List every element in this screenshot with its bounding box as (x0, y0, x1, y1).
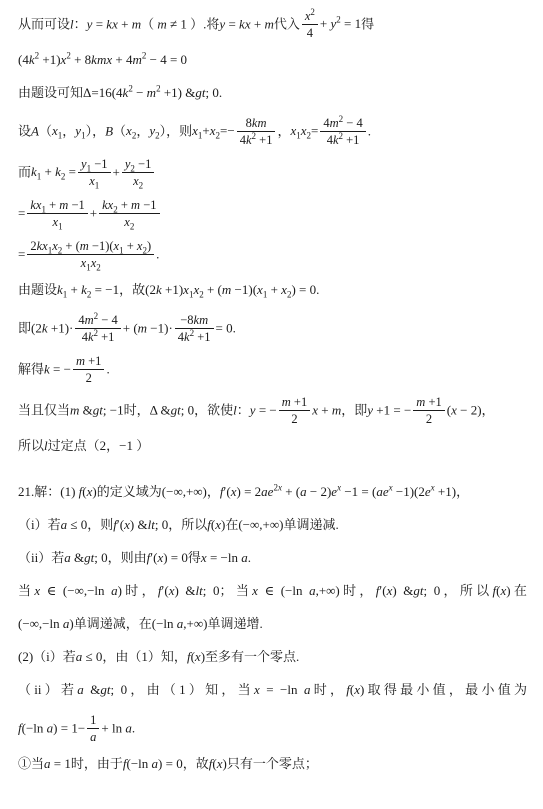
text-run: ，故 (119, 282, 145, 297)
fraction: 1a (87, 712, 99, 745)
document-body: 从而可设l：y = kx + m（ m ≠ 1 ）.将y = kx + m代入x… (18, 9, 527, 774)
doc-line-6: =kx1 + m −1x1+kx2 + m −1x2 (18, 198, 527, 231)
math-run: f(x) (493, 583, 511, 598)
fraction-numerator: m +1 (413, 394, 444, 410)
math-run: f(−ln a) = 1− (18, 720, 85, 735)
text-run: 由题设 (18, 282, 57, 297)
math-run: f′(x) = 0 (147, 550, 188, 565)
text-run: ，所以 (440, 583, 492, 598)
fraction-denominator: 4k2 +1 (237, 131, 276, 148)
fraction-denominator: 2 (73, 369, 104, 386)
fraction: m +12 (413, 394, 444, 427)
math-run: x ∈ (−ln a,+∞) (252, 583, 340, 598)
fraction-numerator: 4m2 − 4 (75, 312, 120, 328)
math-run: a ≤ 0 (61, 517, 88, 532)
text-run: 即 (18, 320, 31, 335)
doc-line-8: 由题设k1 + k2 = −1，故(2k +1)x1x2 + (m −1)(x1… (18, 280, 527, 300)
text-run: ） (133, 438, 149, 453)
math-run: m &gt; −1 (70, 402, 124, 417)
text-run: ，即 (341, 402, 367, 417)
text-run: ）， (86, 123, 106, 138)
math-run: y = − (250, 402, 277, 417)
fraction-denominator: 2 (413, 410, 444, 427)
doc-line-1: 从而可设l：y = kx + m（ m ≠ 1 ）.将y = kx + m代入x… (18, 9, 527, 42)
math-run: k1 + k2 = −1 (57, 282, 119, 297)
math-run: (4k2 +1)x2 + 8kmx + 4m2 − 4 = 0 (18, 52, 187, 67)
text-run: . (132, 720, 135, 735)
fraction: 4m2 − 44k2 +1 (75, 312, 120, 345)
fraction: x24 (302, 8, 318, 41)
text-run: ，欲使 (194, 402, 233, 417)
fraction-numerator: y2 −1 (122, 156, 155, 172)
math-run: x1x2= (290, 123, 318, 138)
text-run: . (106, 361, 109, 376)
math-run: (−∞,+∞) (162, 484, 207, 499)
doc-line-15: （ii）若a &gt; 0，则由f′(x) = 0得x = −ln a. (18, 548, 527, 568)
math-run: y = kx + m (87, 16, 141, 31)
math-run: (−ln a,+∞) (152, 616, 208, 631)
fraction-numerator: y1 −1 (78, 156, 111, 172)
math-run: y1 (75, 123, 85, 138)
math-run: f(x) (79, 484, 97, 499)
fraction-numerator: m +1 (279, 394, 310, 410)
doc-line-4: 设A（x1，y1），B（x2，y2），则x1+x2=−8km4k2 +1，x1x… (18, 116, 527, 149)
fraction: m +12 (73, 353, 104, 386)
text-run: ）. (187, 16, 207, 31)
math-run: −1 (119, 438, 133, 453)
text-run: 时， (124, 402, 150, 417)
math-run: f(−ln a) = 0 (123, 756, 183, 771)
fraction-denominator: x1 (27, 213, 87, 230)
text-run: . (248, 550, 251, 565)
math-run: = (18, 246, 25, 261)
text-run: ；当 (220, 583, 253, 598)
text-run: 单调递增. (207, 616, 262, 631)
math-run: m ≠ 1 (157, 16, 187, 31)
text-run: （ (39, 123, 52, 138)
fraction: 2kx1x2 + (m −1)(x1 + x2)x1x2 (27, 238, 154, 271)
text-run: （ii）若 (18, 550, 64, 565)
doc-line-16: 当x ∈ (−∞,−ln a)时，f′(x) &lt; 0；当x ∈ (−ln … (18, 581, 527, 601)
math-run: (2k +1)· (31, 320, 73, 335)
text-run: . (219, 85, 222, 100)
text-run: ： (237, 402, 250, 417)
doc-line-14: （i）若a ≤ 0，则f′(x) &lt; 0，所以f(x)在(−∞,+∞)单调… (18, 515, 527, 535)
text-run: 至多有一个零点. (205, 649, 299, 664)
math-run: a = 1 (44, 756, 71, 771)
text-run: 而 (18, 164, 31, 179)
fraction-denominator: a (87, 728, 99, 745)
fraction: −8km4k2 +1 (175, 312, 214, 345)
doc-line-3: 由题设可知Δ=16(4k2 − m2 +1) &gt; 0. (18, 83, 527, 103)
doc-line-12: 所以l过定点（2，−1 ） (18, 436, 527, 456)
fraction-numerator: kx2 + m −1 (99, 197, 159, 213)
text-run: ，由（1）知， (102, 649, 187, 664)
math-run: (−∞,+∞) (238, 517, 283, 532)
fraction-denominator: x2 (122, 172, 155, 189)
math-run: f(x) (207, 517, 225, 532)
math-run: f(x) (209, 756, 227, 771)
text-run: ： (74, 16, 87, 31)
text-run: ， (62, 123, 75, 138)
fraction: m +12 (279, 394, 310, 427)
fraction: 8km4k2 +1 (237, 115, 276, 148)
fraction-denominator: x1x2 (27, 254, 154, 271)
math-run: + (m −1)· (123, 320, 173, 335)
math-run: x1 (52, 123, 62, 138)
math-run: + (113, 164, 120, 179)
fraction-denominator: 4k2 +1 (75, 328, 120, 345)
math-run: y = kx + m (219, 16, 273, 31)
text-run: (2)（i）若 (18, 649, 76, 664)
text-run: 时， (122, 583, 158, 598)
text-run: ，故 (183, 756, 209, 771)
text-run: 从而可设 (18, 16, 70, 31)
text-run: ， (207, 484, 220, 499)
math-run: (x − 2) (447, 402, 482, 417)
text-run: ，则 (87, 517, 113, 532)
text-run: （i）若 (18, 517, 61, 532)
math-run: = (18, 205, 25, 220)
fraction: kx2 + m −1x2 (99, 197, 159, 230)
doc-line-5: 而k1 + k2 =y1 −1x1+y2 −1x2 (18, 157, 527, 190)
math-run: k = − (44, 361, 71, 376)
text-run: （ (141, 16, 157, 31)
text-run: 由题设可知 (18, 85, 83, 100)
text-run: ， (456, 484, 469, 499)
text-run: ， (482, 402, 495, 417)
text-run: ），则 (160, 123, 193, 138)
math-run: + y2 = 1 (320, 16, 361, 31)
math-run: f′(x) &gt; 0 (376, 583, 440, 598)
text-run: （ (113, 123, 126, 138)
doc-line-21: ①当a = 1时，由于f(−ln a) = 0，故f(x)只有一个零点； (18, 754, 527, 774)
text-run: （ii）若 (18, 682, 77, 697)
fraction-numerator: kx1 + m −1 (27, 197, 87, 213)
text-run: ， (106, 438, 119, 453)
math-run: (−∞,−ln a) (18, 616, 74, 631)
text-run: 解得 (18, 361, 44, 376)
doc-line-20: f(−ln a) = 1−1a+ ln a. (18, 713, 527, 746)
doc-line-17: (−∞,−ln a)单调递减，在(−ln a,+∞)单调递增. (18, 614, 527, 634)
fraction-denominator: 4 (302, 24, 318, 41)
math-run: a &gt; 0 (64, 550, 107, 565)
fraction-denominator: 4k2 +1 (175, 328, 214, 345)
text-run: 当且仅当 (18, 402, 70, 417)
text-run: ，则由 (108, 550, 147, 565)
math-run: a &gt; 0 (77, 682, 127, 697)
math-run: A (31, 123, 39, 138)
text-run: 的定义域为 (97, 484, 162, 499)
doc-line-2: (4k2 +1)x2 + 8kmx + 4m2 − 4 = 0 (18, 50, 527, 70)
fraction: 4m2 − 44k2 +1 (320, 115, 365, 148)
text-run: 时，由于 (71, 756, 123, 771)
doc-line-7: =2kx1x2 + (m −1)(x1 + x2)x1x2. (18, 239, 527, 272)
text-run: 当 (18, 583, 34, 598)
text-run: 只有一个零点； (227, 756, 318, 771)
math-run: f′(x) &lt; 0 (113, 517, 168, 532)
text-run: ①当 (18, 756, 44, 771)
fraction-numerator: m +1 (73, 353, 104, 369)
fraction: y2 −1x2 (122, 156, 155, 189)
math-run: f′(x) = 2ae2x + (a − 2)ex −1 = (aex −1)(… (220, 484, 456, 499)
text-run: 设 (18, 123, 31, 138)
text-run: 在 (511, 583, 527, 598)
text-run: 时， (340, 583, 376, 598)
math-run: Δ=16(4k2 − m2 +1) &gt; 0 (83, 85, 219, 100)
fraction-numerator: 2kx1x2 + (m −1)(x1 + x2) (27, 238, 154, 254)
text-run: 取得最小值，最小值为 (364, 682, 527, 697)
math-run: B (105, 123, 113, 138)
math-run: f′(x) &lt; 0 (158, 583, 220, 598)
math-run: + (90, 205, 97, 220)
text-run: 代入 (274, 16, 300, 31)
doc-line-10: 解得k = −m +12. (18, 354, 527, 387)
text-run: . (316, 282, 319, 297)
text-run: 单调递减，在 (74, 616, 152, 631)
fraction-denominator: x1 (78, 172, 111, 189)
math-run: y +1 = − (367, 402, 411, 417)
text-run: 21.解：(1) (18, 484, 79, 499)
fraction-numerator: 8km (237, 115, 276, 131)
fraction-numerator: 4m2 − 4 (320, 115, 365, 131)
math-run: x = −ln a (201, 550, 248, 565)
text-run: . (368, 123, 371, 138)
text-run: 单调递减. (283, 517, 338, 532)
text-run: 得 (361, 16, 374, 31)
math-run: k1 + k2 = (31, 164, 76, 179)
text-run: 过定点（ (48, 438, 100, 453)
math-run: x + m (312, 402, 341, 417)
fraction-numerator: −8km (175, 312, 214, 328)
doc-line-19: （ii）若a &gt; 0，由（1）知，当x = −ln a时，f(x)取得最小… (18, 680, 527, 700)
fraction-denominator: x2 (99, 213, 159, 230)
text-run: 时， (311, 682, 347, 697)
math-run: x ∈ (−∞,−ln a) (34, 583, 122, 598)
math-run: = 0 (216, 320, 233, 335)
fraction-denominator: 4k2 +1 (320, 131, 365, 148)
math-run: f(x) (187, 649, 205, 664)
text-run: . (233, 320, 236, 335)
math-run: Δ &gt; 0 (150, 402, 195, 417)
doc-line-11: 当且仅当m &gt; −1时，Δ &gt; 0，欲使l：y = −m +12x … (18, 395, 527, 428)
text-run: . (156, 246, 159, 261)
text-run: 所以 (18, 438, 44, 453)
text-run: ， (136, 123, 149, 138)
math-run: + ln a (101, 720, 131, 735)
fraction-numerator: 1 (87, 712, 99, 728)
math-document-page: 从而可设l：y = kx + m（ m ≠ 1 ）.将y = kx + m代入x… (0, 0, 543, 809)
math-run: x = −ln a (254, 682, 311, 697)
text-run: ，由（1）知，当 (127, 682, 254, 697)
text-run: ，所以 (168, 517, 207, 532)
text-run: ， (277, 123, 290, 138)
math-run: x2 (126, 123, 136, 138)
fraction-numerator: x2 (302, 8, 318, 24)
doc-line-9: 即(2k +1)·4m2 − 44k2 +1+ (m −1)·−8km4k2 +… (18, 313, 527, 346)
math-run: (2k +1)x1x2 + (m −1)(x1 + x2) = 0 (145, 282, 316, 297)
math-run: f(x) (346, 682, 364, 697)
fraction-denominator: 2 (279, 410, 310, 427)
fraction: kx1 + m −1x1 (27, 197, 87, 230)
doc-line-18: (2)（i）若a ≤ 0，由（1）知，f(x)至多有一个零点. (18, 647, 527, 667)
math-run: a ≤ 0 (76, 649, 103, 664)
math-run: x1+x2=− (192, 123, 235, 138)
text-run: 将 (206, 16, 219, 31)
doc-line-13: 21.解：(1) f(x)的定义域为(−∞,+∞)，f′(x) = 2ae2x … (18, 482, 527, 502)
math-run: y2 (149, 123, 159, 138)
fraction: y1 −1x1 (78, 156, 111, 189)
text-run: 在 (225, 517, 238, 532)
text-run: 得 (188, 550, 201, 565)
